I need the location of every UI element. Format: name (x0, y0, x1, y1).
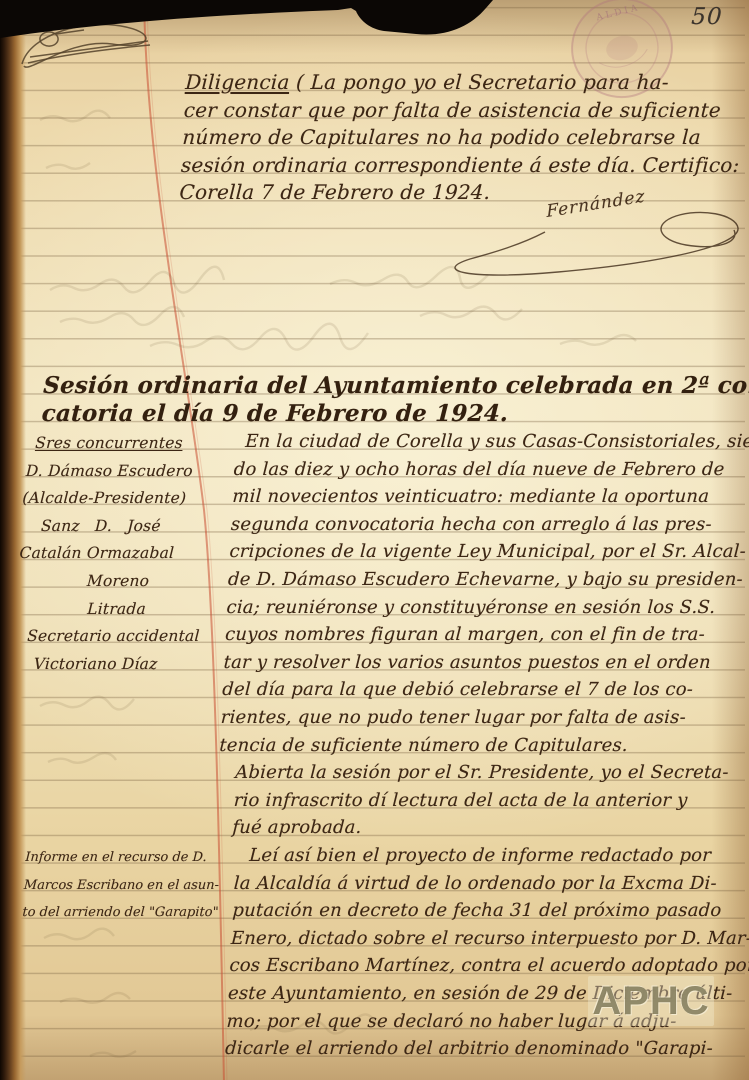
manuscript-line: fué aprobada. (232, 814, 743, 842)
manuscript-line: cer constar que por falta de asistencia … (183, 97, 744, 125)
diligencia-paragraph: Diligencia ( La pongo yo el Secretario p… (179, 69, 746, 207)
attendee-line: D. Dámaso Escudero (23, 458, 224, 486)
manuscript-line: tar y resolver los varios asuntos puesto… (223, 649, 734, 677)
margin-note-line: Marcos Escribano en el asun- (23, 872, 228, 900)
manuscript-line: cuyos nombres figuran al margen, con el … (224, 621, 735, 649)
manuscript-line: rientes, que no pudo tener lugar por fal… (220, 704, 731, 732)
manuscript-line: rio infrascrito dí lectura del acta de l… (233, 787, 744, 815)
manuscript-line: En la ciudad de Corella y sus Casas-Cons… (235, 428, 746, 456)
manuscript-line: dicarle el arriendo del arbitrio denomin… (224, 1035, 737, 1063)
attendee-line: Litrada (16, 596, 217, 624)
manuscript-line: del día para la que debió celebrarse el … (222, 676, 733, 704)
attendee-line: Secretario accidental (14, 623, 215, 651)
body-paragraph-1: En la ciudad de Corella y sus Casas-Cons… (219, 428, 746, 759)
diligencia-word: Diligencia (185, 70, 291, 94)
margin-note-line: to del arriendo del "Garapito" (22, 899, 227, 927)
body-paragraph-3: Leí así bien el proyecto de informe reda… (224, 842, 748, 1063)
manuscript-line: número de Capitulares no ha podido celeb… (182, 124, 743, 152)
session-title: Sesión ordinaria del Ayuntamiento celebr… (41, 372, 746, 427)
attendee-line: (Alcalde-Presidente) (22, 485, 223, 513)
manuscript-line: Diligencia ( La pongo yo el Secretario p… (185, 69, 746, 97)
manuscript-line: de D. Dámaso Escudero Echevarne, y bajo … (227, 566, 738, 594)
manuscript-line: Leí así bien el proyecto de informe reda… (235, 842, 748, 870)
manuscript-line: tencia de suficiente número de Capitular… (219, 732, 730, 760)
manuscript-line: Enero, dictado sobre el recurso interpue… (230, 925, 743, 953)
margin-attendees: Sres concurrentes D. Dámaso Escudero (Al… (13, 430, 226, 678)
attendee-line: Catalán Ormazabal (19, 540, 220, 568)
attendees-heading: Sres concurrentes (25, 430, 226, 458)
manuscript-line: putación en decreto de fecha 31 del próx… (232, 897, 745, 925)
manuscript-page: 50 ALDIA Diligencia ( La pongo yo el Sec… (0, 0, 749, 1080)
manuscript-line: segunda convocatoria hecha con arreglo á… (230, 511, 741, 539)
manuscript-line: sesión ordinaria correspondiente á este … (180, 152, 741, 180)
attendee-line: Sanz D. José (20, 513, 221, 541)
margin-note-line: Informe en el recurso de D. (25, 844, 230, 872)
diligencia-line1-rest: ( La pongo yo el Secretario para ha- (289, 70, 670, 94)
page-number: 50 (691, 4, 724, 30)
manuscript-line: do las diez y ocho horas del día nueve d… (233, 456, 744, 484)
aphc-watermark: APHC (588, 976, 714, 1026)
attendee-line: Moreno (17, 568, 218, 596)
manuscript-line: Abierta la sesión por el Sr. Presidente,… (235, 759, 746, 787)
manuscript-line: cia; reuniéronse y constituyéronse en se… (226, 594, 737, 622)
manuscript-line: catoria el día 9 de Febrero de 1924. (41, 400, 744, 428)
manuscript-line: Sesión ordinaria del Ayuntamiento celebr… (43, 372, 746, 400)
manuscript-line: Corella 7 de Febrero de 1924. (179, 179, 740, 207)
manuscript-line: la Alcaldía á virtud de lo ordenado por … (233, 870, 746, 898)
manuscript-line: mil novecientos veinticuatro: mediante l… (232, 483, 743, 511)
attendee-line: Victoriano Díaz (13, 651, 214, 679)
manuscript-line: cripciones de la vigente Ley Municipal, … (229, 538, 740, 566)
margin-note-informe: Informe en el recurso de D. Marcos Escri… (22, 844, 230, 927)
body-paragraph-2: Abierta la sesión por el Sr. Presidente,… (232, 759, 746, 842)
